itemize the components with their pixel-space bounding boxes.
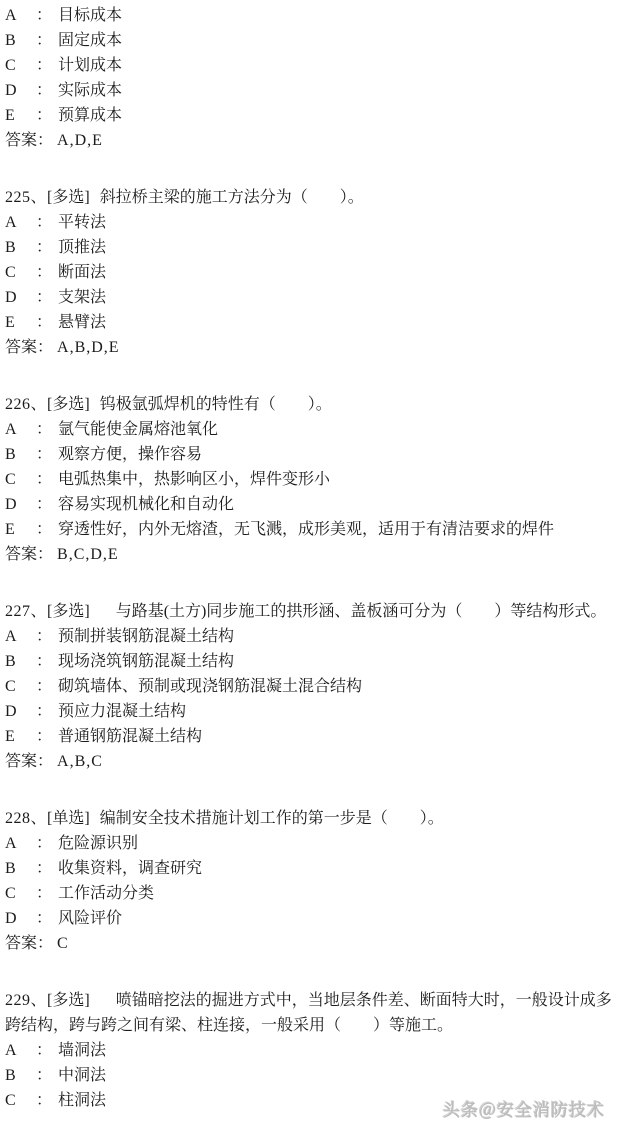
option-text: 中洞法 xyxy=(58,1067,106,1084)
option-row: B：中洞法 xyxy=(5,1063,612,1088)
option-row: A：墙洞法 xyxy=(5,1038,612,1063)
option-row: A：氩气能使金属熔池氧化 xyxy=(5,417,612,442)
option-letter: C xyxy=(5,881,30,906)
option-text: 固定成本 xyxy=(58,32,122,49)
option-colon: ： xyxy=(30,210,58,235)
option-letter: C xyxy=(5,1088,30,1113)
option-letter: C xyxy=(5,467,30,492)
option-colon: ： xyxy=(30,467,58,492)
option-colon: ： xyxy=(30,1088,58,1113)
answer-row: 答案：C xyxy=(5,931,612,956)
option-letter: A xyxy=(5,1038,30,1063)
option-text: 预应力混凝土结构 xyxy=(58,703,186,720)
option-row: B：现场浇筑钢筋混凝土结构 xyxy=(5,649,612,674)
option-colon: ： xyxy=(30,103,58,128)
option-letter: D xyxy=(5,285,30,310)
option-row: C：断面法 xyxy=(5,260,612,285)
option-letter: A xyxy=(5,3,30,28)
question-header: 228、[单选]编制安全技术措施计划工作的第一步是（ ）。 xyxy=(5,806,612,831)
question-block-224-partial: A：目标成本 B：固定成本 C：计划成本 D：实际成本 E：预算成本 答案：A,… xyxy=(5,3,612,153)
option-text: 断面法 xyxy=(58,264,106,281)
question-type-tag: [多选] xyxy=(47,603,90,620)
option-colon: ： xyxy=(30,906,58,931)
option-text: 观察方便，操作容易 xyxy=(58,446,202,463)
question-header: 226、[多选]钨极氩弧焊机的特性有（ ）。 xyxy=(5,392,612,417)
option-letter: A xyxy=(5,210,30,235)
option-colon: ： xyxy=(30,624,58,649)
question-block-225: 225、[多选]斜拉桥主梁的施工方法分为（ ）。 A：平转法 B：顶推法 C：断… xyxy=(5,185,612,360)
option-letter: B xyxy=(5,649,30,674)
option-colon: ： xyxy=(30,1038,58,1063)
option-text: 氩气能使金属熔池氧化 xyxy=(58,421,218,438)
option-text: 风险评价 xyxy=(58,910,122,927)
option-text: 普通钢筋混凝土结构 xyxy=(58,728,202,745)
toutiao-watermark: 头条＠安全消防技术 xyxy=(443,1096,605,1121)
question-text: 与路基(土方)同步施工的拱形涵、盖板涵可分为（ ）等结构形式。 xyxy=(100,603,607,620)
question-number: 226、 xyxy=(5,396,47,413)
option-row: D：风险评价 xyxy=(5,906,612,931)
option-text: 预制拼装钢筋混凝土结构 xyxy=(58,628,234,645)
option-colon: ： xyxy=(30,674,58,699)
option-colon: ： xyxy=(30,3,58,28)
option-text: 危险源识别 xyxy=(58,835,138,852)
option-text: 平转法 xyxy=(58,214,106,231)
option-text: 工作活动分类 xyxy=(58,885,154,902)
option-row: E：预算成本 xyxy=(5,103,612,128)
exam-document: A：目标成本 B：固定成本 C：计划成本 D：实际成本 E：预算成本 答案：A,… xyxy=(0,0,618,1113)
option-colon: ： xyxy=(30,699,58,724)
option-letter: A xyxy=(5,417,30,442)
option-colon: ： xyxy=(30,235,58,260)
option-colon: ： xyxy=(30,1063,58,1088)
question-type-tag: [多选] xyxy=(47,396,90,413)
question-type-tag: [单选] xyxy=(47,810,90,827)
option-row: C：电弧热集中，热影响区小，焊件变形小 xyxy=(5,467,612,492)
option-colon: ： xyxy=(30,260,58,285)
option-colon: ： xyxy=(30,649,58,674)
option-letter: B xyxy=(5,28,30,53)
answer-row: 答案：A,B,D,E xyxy=(5,335,612,360)
option-letter: D xyxy=(5,78,30,103)
option-row: B：顶推法 xyxy=(5,235,612,260)
option-text: 穿透性好，内外无熔渣，无飞溅，成形美观，适用于有清洁要求的焊件 xyxy=(58,521,554,538)
answer-value: C xyxy=(57,935,69,952)
option-row: B：固定成本 xyxy=(5,28,612,53)
option-letter: B xyxy=(5,856,30,881)
option-row: E：穿透性好，内外无熔渣，无飞溅，成形美观，适用于有清洁要求的焊件 xyxy=(5,517,612,542)
option-colon: ： xyxy=(30,310,58,335)
option-text: 目标成本 xyxy=(58,7,122,24)
question-number: 225、 xyxy=(5,189,47,206)
option-row: B：收集资料，调查研究 xyxy=(5,856,612,881)
option-letter: A xyxy=(5,831,30,856)
option-letter: A xyxy=(5,624,30,649)
option-text: 实际成本 xyxy=(58,82,122,99)
question-block-226: 226、[多选]钨极氩弧焊机的特性有（ ）。 A：氩气能使金属熔池氧化 B：观察… xyxy=(5,392,612,567)
option-text: 收集资料，调查研究 xyxy=(58,860,202,877)
option-letter: E xyxy=(5,103,30,128)
answer-value: A,D,E xyxy=(57,132,103,149)
option-colon: ： xyxy=(30,53,58,78)
question-block-229-partial: 229、[多选] 喷锚暗挖法的掘进方式中，当地层条件差、断面特大时，一般设计成多… xyxy=(5,988,612,1113)
question-header: 225、[多选]斜拉桥主梁的施工方法分为（ ）。 xyxy=(5,185,612,210)
answer-label: 答案： xyxy=(5,935,53,952)
answer-label: 答案： xyxy=(5,753,53,770)
question-text: 编制安全技术措施计划工作的第一步是（ ）。 xyxy=(100,810,444,827)
question-number: 228、 xyxy=(5,810,47,827)
answer-row: 答案：A,B,C xyxy=(5,749,612,774)
option-colon: ： xyxy=(30,724,58,749)
option-row: C：计划成本 xyxy=(5,53,612,78)
question-type-tag: [多选] xyxy=(47,992,90,1009)
option-letter: D xyxy=(5,492,30,517)
answer-row: 答案：B,C,D,E xyxy=(5,542,612,567)
option-text: 预算成本 xyxy=(58,107,122,124)
option-text: 容易实现机械化和自动化 xyxy=(58,496,234,513)
option-colon: ： xyxy=(30,831,58,856)
question-number: 229、 xyxy=(5,992,47,1009)
option-colon: ： xyxy=(30,856,58,881)
option-letter: D xyxy=(5,906,30,931)
option-letter: B xyxy=(5,1063,30,1088)
question-header: 227、[多选] 与路基(土方)同步施工的拱形涵、盖板涵可分为（ ）等结构形式。 xyxy=(5,599,612,624)
option-row: A：危险源识别 xyxy=(5,831,612,856)
option-row: A：目标成本 xyxy=(5,3,612,28)
question-type-tag: [多选] xyxy=(47,189,90,206)
option-text: 计划成本 xyxy=(58,57,122,74)
option-letter: E xyxy=(5,724,30,749)
question-text: 斜拉桥主梁的施工方法分为（ ）。 xyxy=(100,189,364,206)
answer-value: A,B,D,E xyxy=(57,339,120,356)
question-text: 钨极氩弧焊机的特性有（ ）。 xyxy=(100,396,332,413)
option-text: 悬臂法 xyxy=(58,314,106,331)
option-letter: C xyxy=(5,260,30,285)
question-block-227: 227、[多选] 与路基(土方)同步施工的拱形涵、盖板涵可分为（ ）等结构形式。… xyxy=(5,599,612,774)
answer-label: 答案： xyxy=(5,546,53,563)
option-row: E：普通钢筋混凝土结构 xyxy=(5,724,612,749)
option-text: 顶推法 xyxy=(58,239,106,256)
option-text: 砌筑墙体、预制或现浇钢筋混凝土混合结构 xyxy=(58,678,362,695)
option-text: 电弧热集中，热影响区小，焊件变形小 xyxy=(58,471,330,488)
option-row: A：预制拼装钢筋混凝土结构 xyxy=(5,624,612,649)
question-text: 喷锚暗挖法的掘进方式中，当地层条件差、断面特大时，一般设计成多跨结构，跨与跨之间… xyxy=(5,992,612,1034)
option-colon: ： xyxy=(30,28,58,53)
answer-label: 答案： xyxy=(5,339,53,356)
question-block-228: 228、[单选]编制安全技术措施计划工作的第一步是（ ）。 A：危险源识别 B：… xyxy=(5,806,612,956)
option-colon: ： xyxy=(30,285,58,310)
option-colon: ： xyxy=(30,442,58,467)
option-text: 现场浇筑钢筋混凝土结构 xyxy=(58,653,234,670)
option-row: E：悬臂法 xyxy=(5,310,612,335)
option-colon: ： xyxy=(30,78,58,103)
option-row: C：砌筑墙体、预制或现浇钢筋混凝土混合结构 xyxy=(5,674,612,699)
option-letter: C xyxy=(5,53,30,78)
answer-row: 答案：A,D,E xyxy=(5,128,612,153)
option-letter: E xyxy=(5,310,30,335)
option-text: 柱洞法 xyxy=(58,1092,106,1109)
answer-label: 答案： xyxy=(5,132,53,149)
option-row: A：平转法 xyxy=(5,210,612,235)
option-row: D：实际成本 xyxy=(5,78,612,103)
option-letter: D xyxy=(5,699,30,724)
option-colon: ： xyxy=(30,881,58,906)
option-letter: E xyxy=(5,517,30,542)
option-row: B：观察方便，操作容易 xyxy=(5,442,612,467)
answer-value: B,C,D,E xyxy=(57,546,119,563)
question-number: 227、 xyxy=(5,603,47,620)
option-letter: B xyxy=(5,235,30,260)
option-row: C：工作活动分类 xyxy=(5,881,612,906)
option-colon: ： xyxy=(30,492,58,517)
option-colon: ： xyxy=(30,517,58,542)
option-letter: C xyxy=(5,674,30,699)
option-colon: ： xyxy=(30,417,58,442)
option-row: D：容易实现机械化和自动化 xyxy=(5,492,612,517)
option-row: D：预应力混凝土结构 xyxy=(5,699,612,724)
option-text: 支架法 xyxy=(58,289,106,306)
option-letter: B xyxy=(5,442,30,467)
option-row: D：支架法 xyxy=(5,285,612,310)
question-header: 229、[多选] 喷锚暗挖法的掘进方式中，当地层条件差、断面特大时，一般设计成多… xyxy=(5,988,612,1038)
answer-value: A,B,C xyxy=(57,753,103,770)
option-text: 墙洞法 xyxy=(58,1042,106,1059)
